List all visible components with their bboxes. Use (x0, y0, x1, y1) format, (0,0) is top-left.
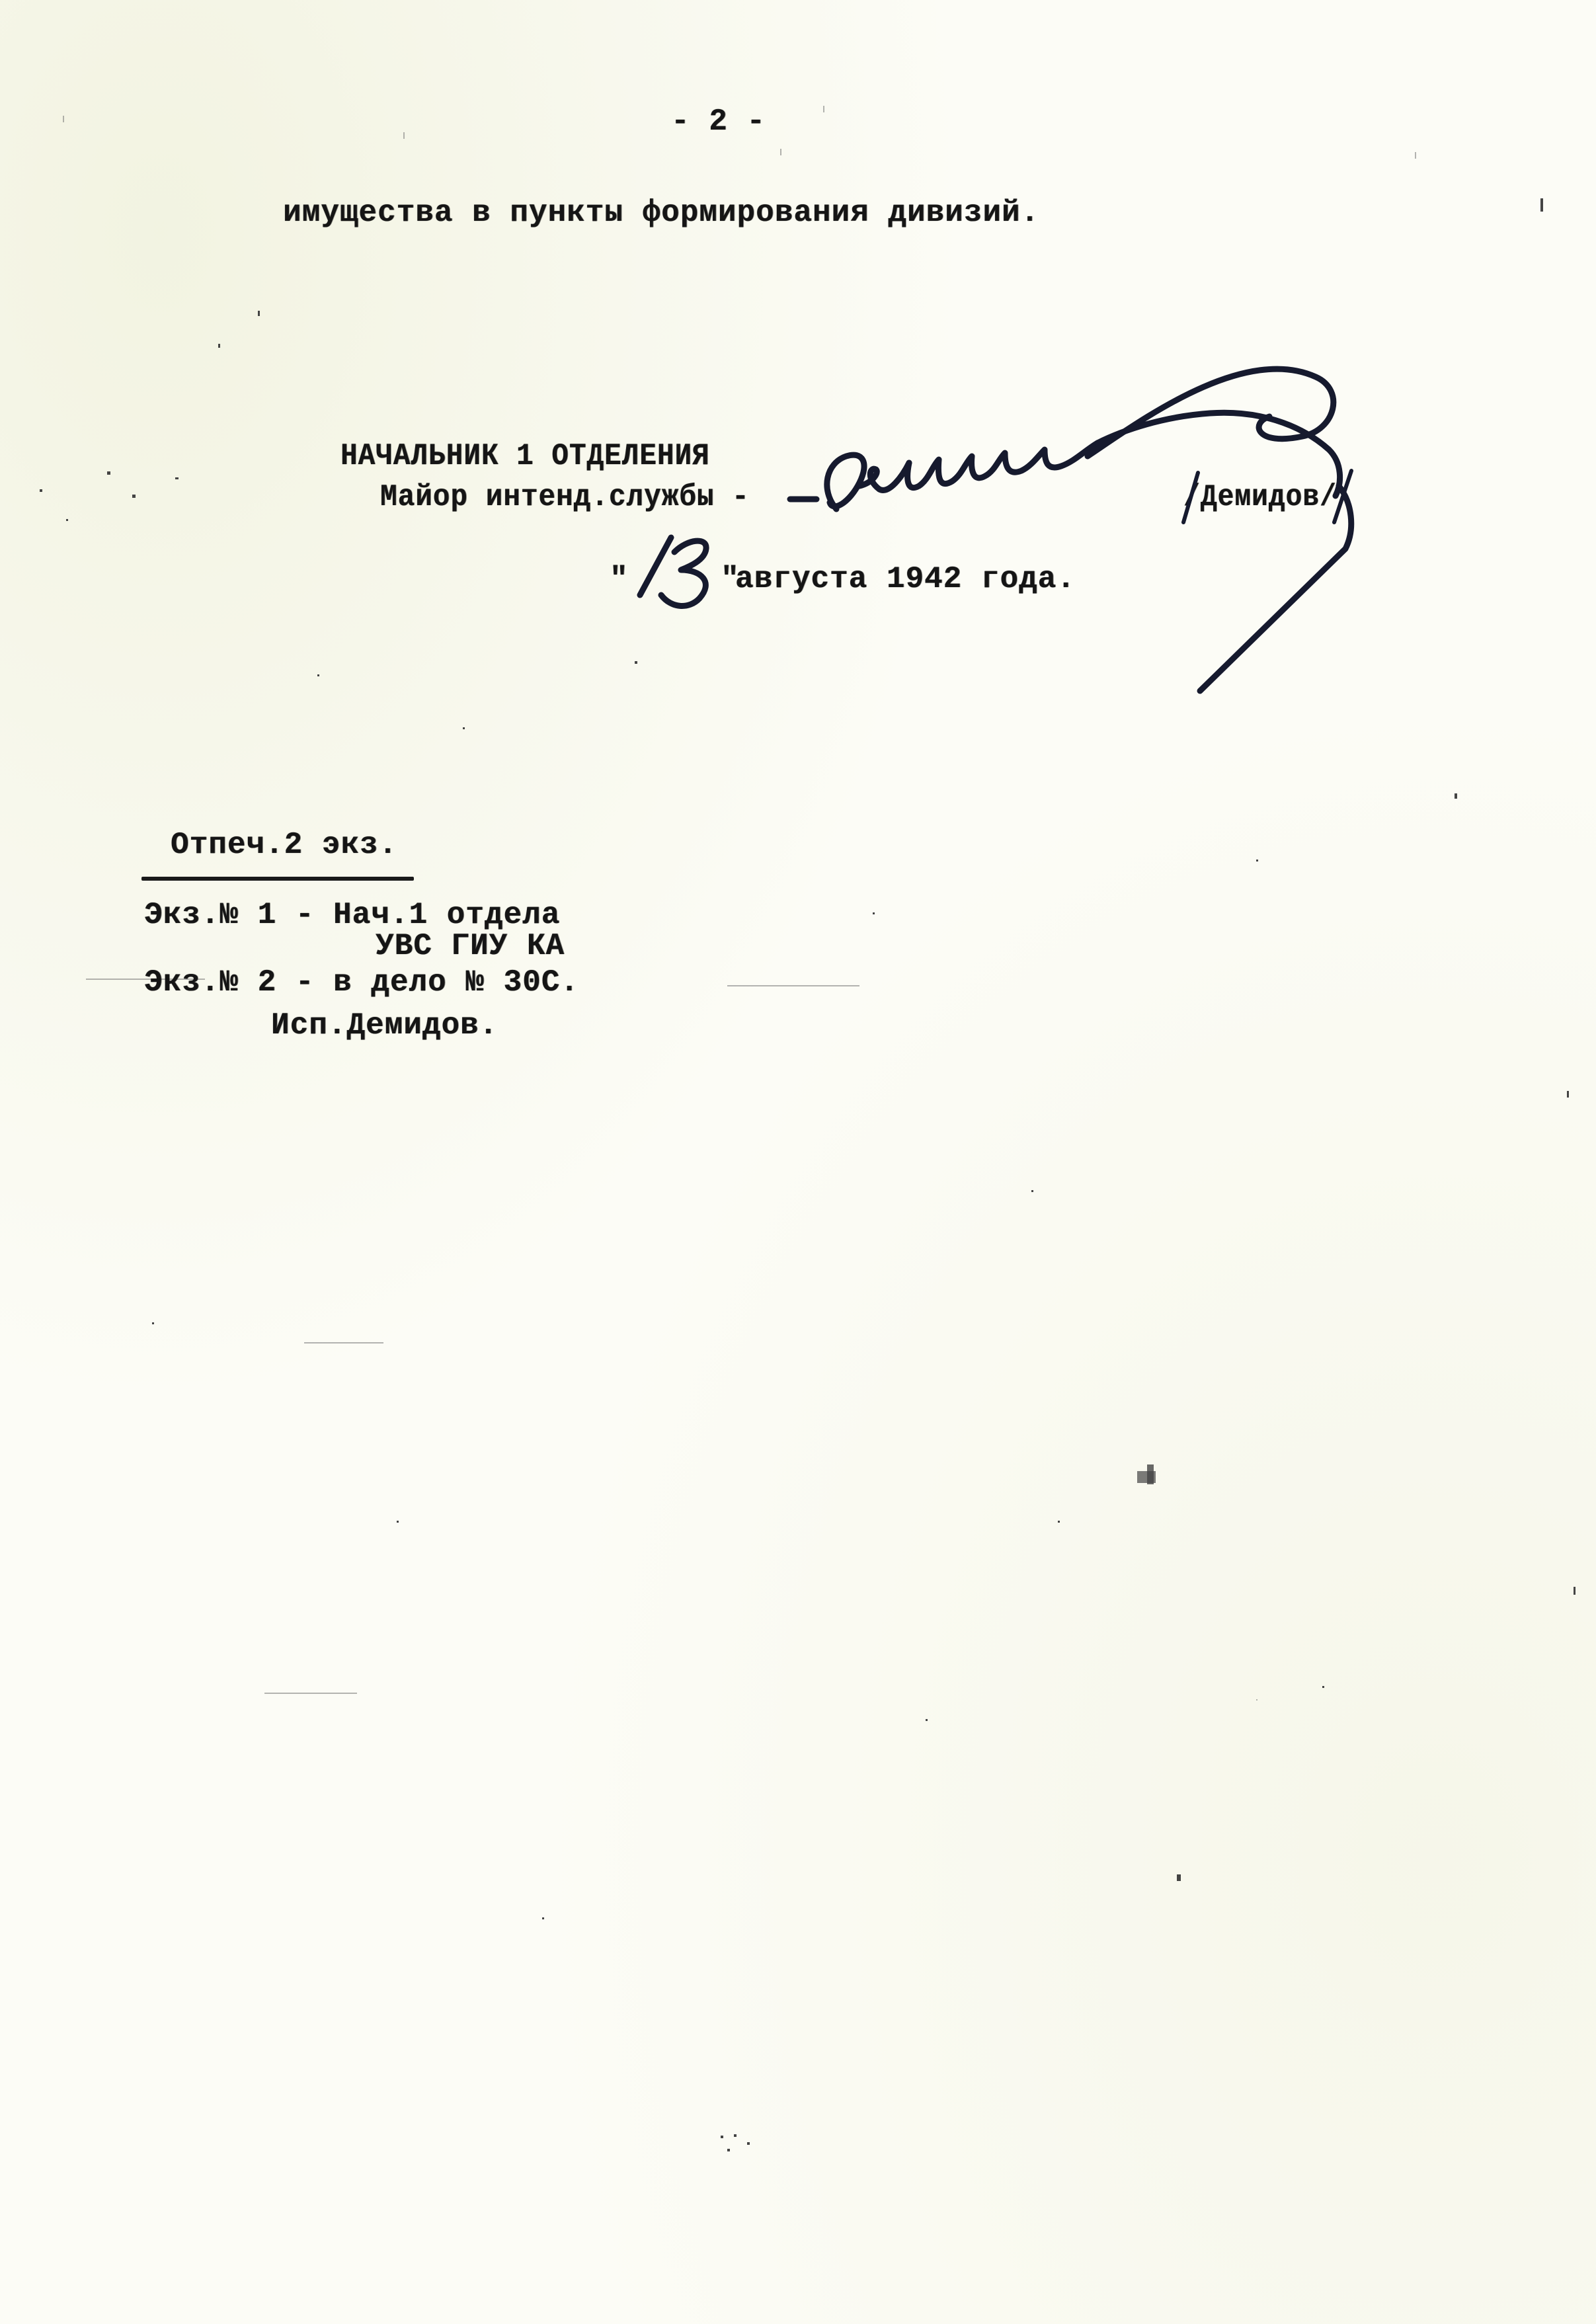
executor-line: Исп.Демидов. (271, 1008, 498, 1043)
signatory-title: НАЧАЛЬНИК 1 ОТДЕЛЕНИЯ (340, 439, 710, 473)
distribution-copy-2: Экз.№ 2 - в дело № 30С. (144, 965, 579, 1000)
date-quote-open: " (610, 562, 629, 596)
page-number: - 2 - (671, 104, 766, 139)
distribution-copy-1-recipient: УВС ГИУ КА (376, 929, 565, 963)
body-text-line: имущества в пункты формирования дивизий. (283, 196, 1039, 230)
copies-printed: Отпеч.2 экз. (171, 828, 397, 862)
signatory-name: /Демидов/ (1183, 480, 1337, 514)
distribution-copy-1: Экз.№ 1 - Нач.1 отдела (144, 898, 560, 932)
signatory-rank: Майор интенд.службы - (380, 480, 750, 514)
date-text: августа 1942 года. (735, 562, 1076, 596)
distribution-divider (141, 877, 414, 881)
paper-background (0, 0, 1596, 2324)
